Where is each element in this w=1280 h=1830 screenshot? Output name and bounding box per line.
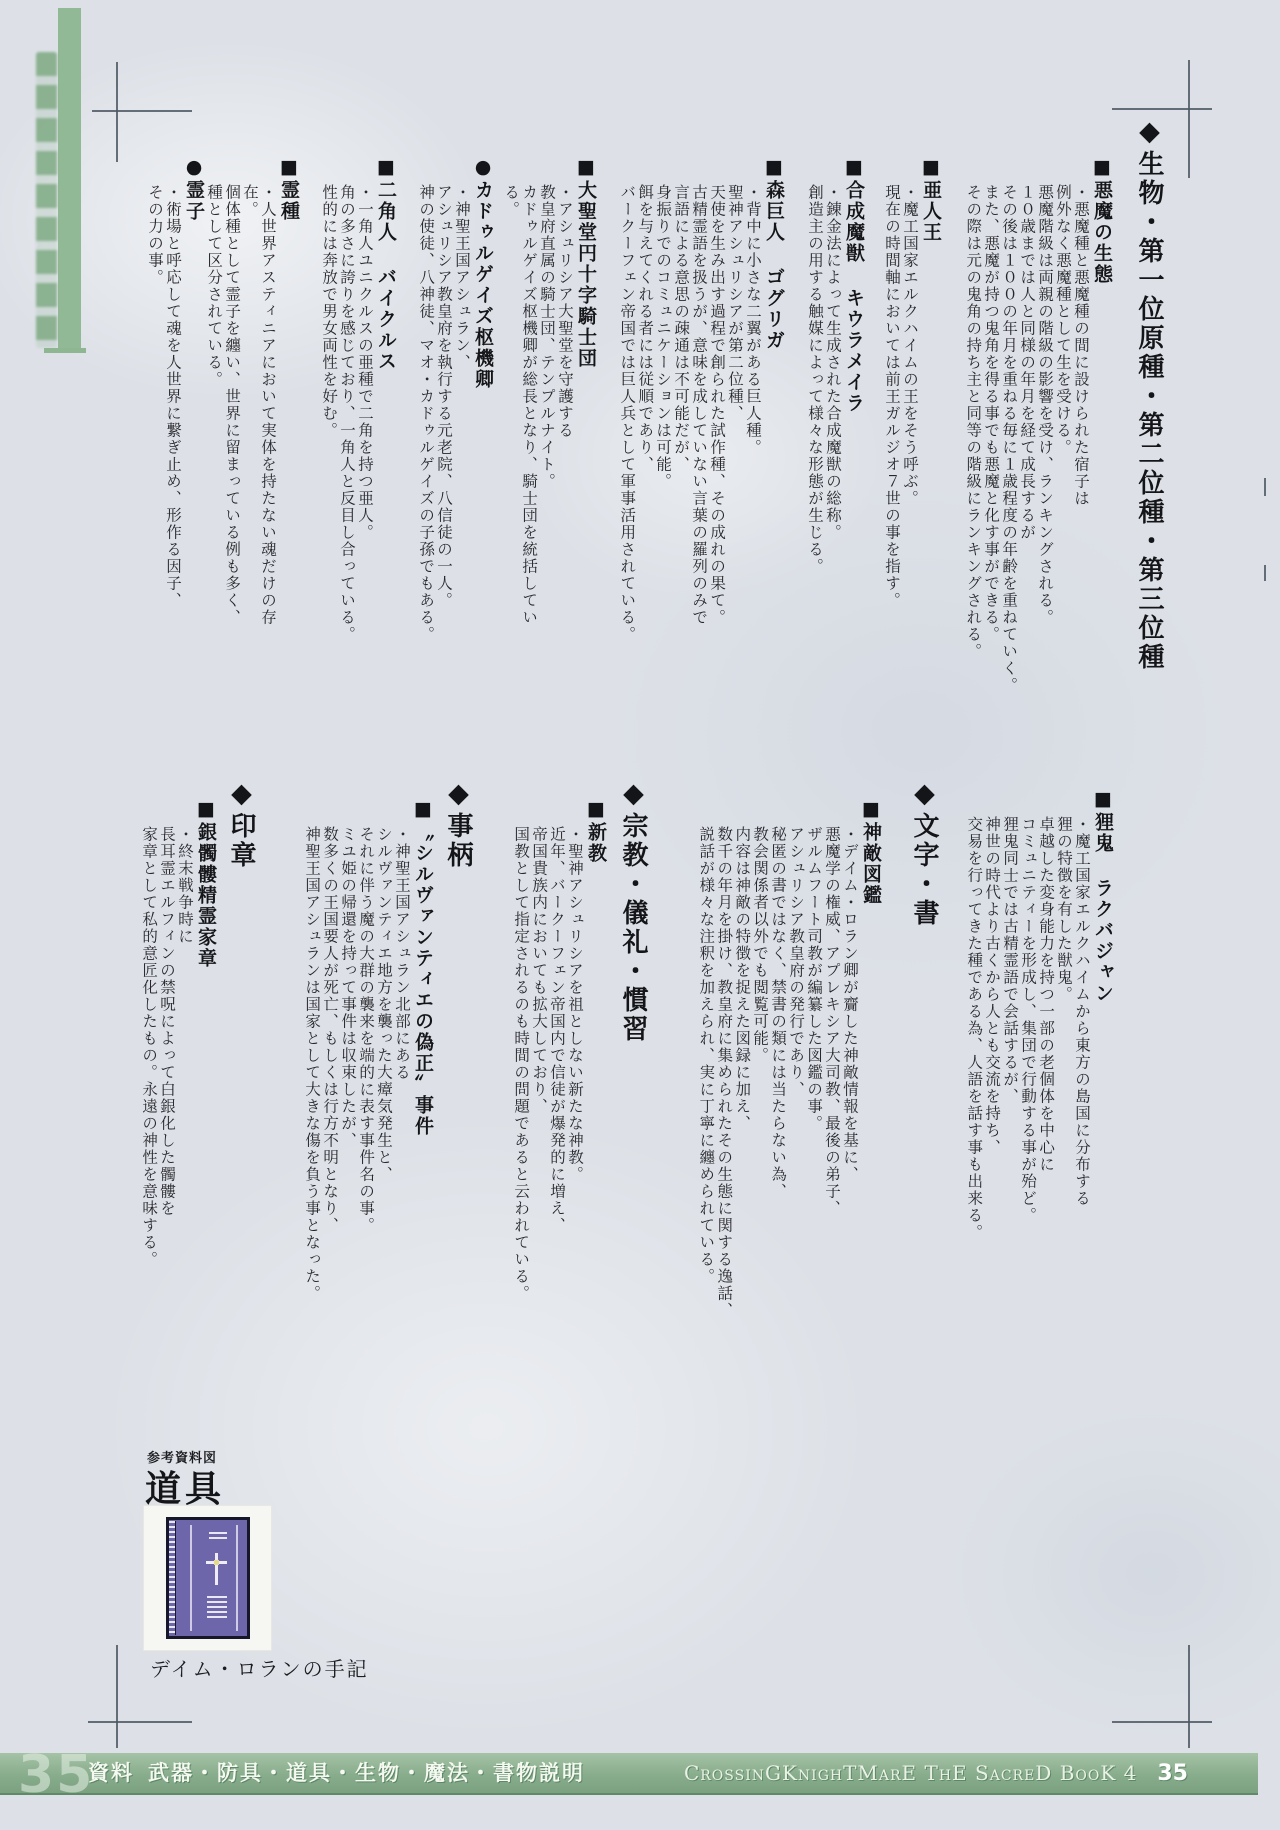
entry-title: 悪魔の生態	[1091, 180, 1113, 285]
entry-title: 新教	[585, 822, 607, 864]
entry-title: 二角人 バイクルス	[375, 180, 397, 372]
heading-biology-text: 生物・第一位原種・第二位種・第三位種	[1134, 150, 1164, 672]
entry-ajinou: ■亜人王 ・魔工国家エルクハイムの王をそう呼ぶ。 現在の時間軸においては前王ガル…	[882, 156, 945, 636]
entry-daiseidou-kishidan: ■大聖堂円十字騎士団 ・アシュリシア大聖堂を守護する 教皇府直属の騎士団、テンプ…	[501, 156, 600, 656]
entry-body: ・魔工国家エルクハイムの王をそう呼ぶ。 現在の時間軸においては前王ガルジオ７世の…	[882, 184, 918, 636]
edge-tick-upper	[1264, 478, 1266, 496]
square-bullet-icon: ■	[1091, 156, 1113, 180]
diamond-icon: ◆	[909, 778, 940, 812]
book-illustration	[166, 1517, 250, 1639]
book-cross-emblem	[215, 1553, 218, 1585]
entry-body: ・一角人ユニクルスの亜種で二角を持つ亜人。 角の多さに誇りを感じており、一角人と…	[319, 184, 373, 646]
crop-mark-bottom-right-v	[1188, 1645, 1190, 1748]
square-bullet-icon: ■	[375, 156, 397, 180]
entry-reishu: ■霊種 ・人世界アスティニアにおいて実体を持たない魂だけの存在。 個体種として霊…	[204, 156, 303, 656]
book-cover-lettering	[209, 1532, 227, 1541]
entry-title: 合成魔獣 キウラメイラ	[843, 180, 865, 414]
square-bullet-icon: ■	[920, 156, 942, 180]
entry-body: ・錬金法によって生成された合成魔獣の総称。 創造主の用する触媒によって様々な形態…	[805, 184, 841, 636]
entry-title: 大聖堂円十字騎士団	[575, 180, 597, 369]
entry-ginshoukou-kashou: ■銀髑髏精霊家章 ・終末戦争時に 長耳霊エルフィンの禁呪によって白銀化した髑髏を…	[139, 798, 220, 1288]
entry-body: ・終末戦争時に 長耳霊エルフィンの禁呪によって白銀化した髑髏を 家章として私的意…	[139, 826, 193, 1288]
circle-bullet-icon: ●	[183, 156, 205, 180]
footer-book-title: CrossinGKnighTMarE ThE SacreD BooK 4	[684, 1761, 1137, 1785]
diamond-icon: ◆	[443, 778, 474, 812]
entry-title: 霊子	[183, 180, 205, 222]
entry-mori-kyojin: ■森巨人 ゴグリガ ・背中に小さな二翼がある巨人種。 聖神アシュリシアが第二位種…	[617, 156, 788, 656]
heading-biology: ◆生物・第一位原種・第二位種・第三位種	[1131, 116, 1168, 672]
footer-category-label: 資料	[88, 1761, 134, 1785]
square-bullet-icon: ■	[843, 156, 865, 180]
entry-akuma-no-seitai: ■悪魔の生態 ・悪魔種と悪魔種の間に設けられた宿子は 例外なく悪魔種として生を受…	[963, 156, 1116, 716]
crop-mark-bottom-left-h	[88, 1721, 192, 1723]
square-bullet-icon: ■	[575, 156, 597, 180]
crop-mark-top-right-v	[1188, 60, 1190, 178]
crop-mark-top-right-h	[1112, 108, 1212, 110]
square-bullet-icon: ■	[585, 798, 607, 822]
entry-gousei-majuu: ■合成魔獣 キウラメイラ ・錬金法によって生成された合成魔獣の総称。 創造主の用…	[805, 156, 868, 636]
circle-bullet-icon: ●	[472, 156, 494, 180]
book-cover-lettering	[207, 1596, 227, 1620]
crop-mark-top-left-v	[116, 62, 118, 162]
entry-title: 霊種	[278, 180, 300, 222]
footer-ghost-page-number: 35	[18, 1745, 94, 1805]
crop-mark-bottom-left-v	[116, 1645, 118, 1748]
square-bullet-icon: ■	[412, 798, 434, 822]
entry-body: ・悪魔種と悪魔種の間に設けられた宿子は 例外なく悪魔種として生を受ける。 悪魔階…	[963, 184, 1089, 716]
entry-body: ・人世界アスティニアにおいて実体を持たない魂だけの存在。 個体種として霊子を纏い…	[204, 184, 276, 656]
diamond-icon: ◆	[1134, 116, 1165, 150]
entry-body: ・神聖王国アシュラン北部にある シルヴァンティエ地方を襲った大瘴気発生と、 それ…	[302, 826, 410, 1318]
heading-matters: ◆事柄	[440, 778, 477, 870]
entry-body: ・背中に小さな二翼がある巨人種。 聖神アシュリシアが第二位種、 天使を生み出す過…	[617, 184, 761, 656]
figure-card	[143, 1505, 272, 1651]
book-cross-emblem-center	[214, 1560, 219, 1565]
entry-tanukioni: ■狸鬼 ラクバジャン ・魔工国家エルクハイムから東方の島国に分布する 狸の特徴を…	[964, 788, 1117, 1288]
diamond-icon: ◆	[618, 778, 649, 812]
entry-body: ・魔工国家エルクハイムから東方の島国に分布する 狸の特徴を有した獣鬼。 卓越した…	[964, 816, 1090, 1288]
entry-title: 亜人王	[920, 180, 942, 243]
footer-page-number: 35	[1157, 1761, 1188, 1786]
edge-tick-lower	[1264, 565, 1266, 581]
footer-contents-label: 武器・防具・道具・生物・魔法・書物説明	[148, 1761, 585, 1785]
entry-title: 神敵図鑑	[860, 822, 882, 906]
footer-bar: 35 資料武器・防具・道具・生物・魔法・書物説明 CrossinGKnighTM…	[0, 1753, 1258, 1795]
heading-letters-text: 文字・書	[909, 812, 939, 928]
heading-letters-books: ◆文字・書	[906, 778, 943, 928]
entry-body: ・デイム・ロラン卿が齎した神敵情報を基に、 悪魔学の権威、アプレキシア大司教、最…	[696, 826, 858, 1338]
book-cover-line	[190, 1525, 192, 1631]
entry-body: ・アシュリシア大聖堂を守護する 教皇府直属の騎士団、テンプルナイト。 カドゥルゲ…	[501, 184, 573, 656]
entry-body: ・聖神アシュリシアを祖としない新たな神教。 近年、バークーフェン帝国内で信徒が爆…	[511, 826, 583, 1308]
entry-shinkyou: ■新教 ・聖神アシュリシアを祖としない新たな神教。 近年、バークーフェン帝国内で…	[511, 798, 610, 1308]
book-cover-line	[236, 1525, 238, 1631]
entry-nikakujin: ■二角人 バイクルス ・一角人ユニクルスの亜種で二角を持つ亜人。 角の多さに誇り…	[319, 156, 400, 646]
entry-title: 森巨人 ゴグリガ	[763, 180, 785, 351]
square-bullet-icon: ■	[1092, 788, 1114, 812]
entry-cadulgeiz-suukikyou: ●カドゥルゲイズ枢機卿 ・神聖王国アシュラン、 アシュリシア教皇府を執行する元老…	[416, 156, 497, 646]
heading-religion-text: 宗教・儀礼・慣習	[618, 812, 648, 1044]
entry-title: カドゥルゲイズ枢機卿	[472, 180, 494, 390]
entry-body: ・神聖王国アシュラン、 アシュリシア教皇府を執行する元老院、八信徒の一人。 神の…	[416, 184, 470, 646]
entry-reishi: ●霊子 ・術場と呼応して魂を人世界に繋ぎ止め、形作る因子、 その力の事。	[145, 156, 208, 616]
diamond-icon: ◆	[226, 778, 257, 812]
figure-caption: デイム・ロランの手記	[150, 1653, 369, 1682]
entry-title: 狸鬼 ラクバジャン	[1092, 812, 1114, 1004]
side-banner-calligraphy	[36, 52, 57, 348]
crop-mark-top-left-h	[92, 110, 192, 112]
heading-matters-text: 事柄	[443, 812, 473, 870]
scanned-page: ◆生物・第一位原種・第二位種・第三位種 ■悪魔の生態 ・悪魔種と悪魔種の間に設け…	[0, 0, 1280, 1830]
entry-title: 〝シルヴァンティエの偽正〞事件	[412, 822, 434, 1137]
heading-religion: ◆宗教・儀礼・慣習	[615, 778, 652, 1044]
entry-body: ・術場と呼応して魂を人世界に繋ぎ止め、形作る因子、 その力の事。	[145, 184, 181, 616]
side-banner-base	[44, 348, 86, 353]
entry-sylvantie-jiken: ■〝シルヴァンティエの偽正〞事件 ・神聖王国アシュラン北部にある シルヴァンティ…	[302, 798, 437, 1318]
entry-shinteki-zukan: ■神敵図鑑 ・デイム・ロラン卿が齎した神敵情報を基に、 悪魔学の権威、アプレキシ…	[696, 798, 885, 1338]
heading-seals-text: 印章	[226, 812, 256, 870]
square-bullet-icon: ■	[860, 798, 882, 822]
entry-title: 銀髑髏精霊家章	[195, 822, 217, 969]
square-bullet-icon: ■	[195, 798, 217, 822]
side-banner-stripe	[58, 8, 81, 352]
square-bullet-icon: ■	[278, 156, 300, 180]
crop-mark-bottom-right-h	[1112, 1721, 1212, 1723]
heading-seals: ◆印章	[223, 778, 260, 870]
square-bullet-icon: ■	[763, 156, 785, 180]
